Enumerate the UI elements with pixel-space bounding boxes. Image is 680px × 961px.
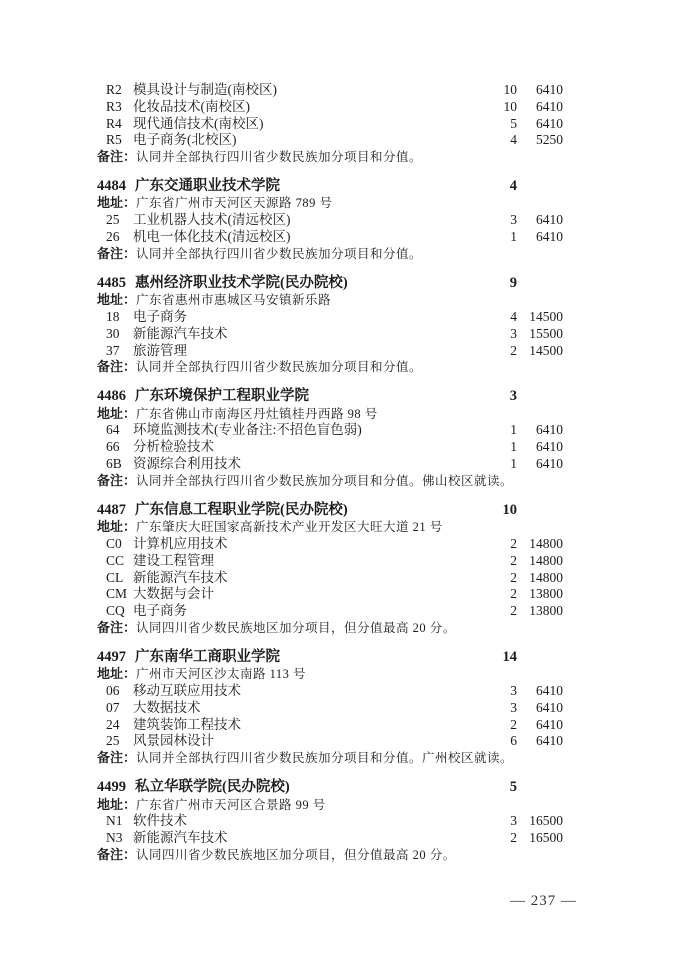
- address-label: 地址：: [97, 797, 136, 814]
- program-name: 旅游管理: [133, 343, 477, 360]
- school-plan-count: 3: [477, 387, 517, 406]
- note-label: 备注：: [97, 847, 136, 864]
- program-row: 66 分析检验技术 1 6410: [97, 439, 563, 456]
- program-plan-count: 4: [477, 132, 517, 149]
- program-plan-count: 10: [477, 99, 517, 116]
- program-plan-count: 10: [477, 82, 517, 99]
- address-value: 广东省广州市天河区天源路 789 号: [136, 195, 563, 212]
- school-plan-count: 14: [477, 648, 517, 667]
- program-rows: 18 电子商务 4 14500 30 新能源汽车技术 3 15500 37 旅游…: [97, 309, 563, 359]
- program-name: 模具设计与制造(南校区): [133, 82, 477, 99]
- program-plan-count: 2: [477, 586, 517, 603]
- address-row: 地址： 广东省惠州市惠城区马安镇新乐路: [97, 292, 563, 309]
- program-plan-count: 3: [477, 683, 517, 700]
- address-value: 广州市天河区沙太南路 113 号: [136, 666, 563, 683]
- school-name: 广东信息工程职业学院(民办院校): [135, 501, 477, 520]
- program-plan-count: 3: [477, 813, 517, 830]
- note-value: 认同并全部执行四川省少数民族加分项目和分值。: [136, 246, 563, 263]
- program-name: 新能源汽车技术: [133, 570, 477, 587]
- program-row: 24 建筑装饰工程技术 2 6410: [97, 717, 563, 734]
- program-name: 环境监测技术(专业备注:不招色盲色弱): [133, 422, 477, 439]
- program-tuition-fee: 14500: [517, 343, 563, 360]
- program-tuition-fee: 14500: [517, 309, 563, 326]
- program-code: 30: [106, 326, 133, 343]
- school-plan-count: 4: [477, 177, 517, 196]
- program-code: N1: [106, 813, 133, 830]
- program-row: 64 环境监测技术(专业备注:不招色盲色弱) 1 6410: [97, 422, 563, 439]
- program-plan-count: 2: [477, 343, 517, 360]
- program-name: 现代通信技术(南校区): [133, 116, 477, 133]
- program-row: 6B 资源综合利用技术 1 6410: [97, 456, 563, 473]
- program-tuition-fee: 6410: [517, 717, 563, 734]
- program-tuition-fee: 15500: [517, 326, 563, 343]
- address-value: 广东省佛山市南海区丹灶镇桂丹西路 98 号: [136, 406, 563, 423]
- program-code: N3: [106, 830, 133, 847]
- program-rows: 64 环境监测技术(专业备注:不招色盲色弱) 1 6410 66 分析检验技术 …: [97, 422, 563, 472]
- program-tuition-fee: 6410: [517, 212, 563, 229]
- continuation-block: R2 模具设计与制造(南校区) 10 6410 R3 化妆品技术(南校区) 10…: [97, 82, 563, 166]
- note-row: 备注： 认同并全部执行四川省少数民族加分项目和分值。佛山校区就读。: [97, 473, 563, 490]
- school-code: 4499: [97, 778, 126, 797]
- program-code: 25: [106, 733, 133, 750]
- program-code: 06: [106, 683, 133, 700]
- program-code: R2: [106, 82, 133, 99]
- program-code: 66: [106, 439, 133, 456]
- program-name: 建设工程管理: [133, 553, 477, 570]
- program-code: 6B: [106, 456, 133, 473]
- school-code: 4485: [97, 274, 126, 293]
- school-plan-count: 10: [477, 501, 517, 520]
- program-tuition-fee: 6410: [517, 82, 563, 99]
- school-section: 4487 广东信息工程职业学院(民办院校) 10 地址： 广东肇庆大旺国家高新技…: [97, 501, 563, 637]
- program-tuition-fee: 6410: [517, 422, 563, 439]
- school-section: 4497 广东南华工商职业学院 14 地址： 广州市天河区沙太南路 113 号 …: [97, 648, 563, 767]
- program-plan-count: 6: [477, 733, 517, 750]
- program-row: 18 电子商务 4 14500: [97, 309, 563, 326]
- program-name: 新能源汽车技术: [133, 830, 477, 847]
- school-section: 4499 私立华联学院(民办院校) 5 地址： 广东省广州市天河区合景路 99 …: [97, 778, 563, 864]
- program-code: 07: [106, 700, 133, 717]
- program-name: 分析检验技术: [133, 439, 477, 456]
- program-name: 机电一体化技术(清远校区): [133, 229, 477, 246]
- program-tuition-fee: 13800: [517, 586, 563, 603]
- program-code: CC: [106, 553, 133, 570]
- program-plan-count: 3: [477, 700, 517, 717]
- program-row: R5 电子商务(北校区) 4 5250: [97, 132, 563, 149]
- program-rows: 25 工业机器人技术(清远校区) 3 6410 26 机电一体化技术(清远校区)…: [97, 212, 563, 246]
- address-label: 地址：: [97, 195, 136, 212]
- program-code: CM: [106, 586, 133, 603]
- school-header-row: 4497 广东南华工商职业学院 14: [97, 648, 563, 667]
- program-row: CC 建设工程管理 2 14800: [97, 553, 563, 570]
- program-code: 37: [106, 343, 133, 360]
- note-label: 备注：: [97, 246, 136, 263]
- program-rows: 06 移动互联应用技术 3 6410 07 大数据技术 3 6410 24 建筑…: [97, 683, 563, 750]
- program-tuition-fee: 6410: [517, 700, 563, 717]
- program-name: 软件技术: [133, 813, 477, 830]
- fee-column-spacer: [517, 274, 563, 293]
- program-plan-count: 1: [477, 456, 517, 473]
- program-tuition-fee: 14800: [517, 570, 563, 587]
- program-code: CL: [106, 570, 133, 587]
- program-plan-count: 1: [477, 439, 517, 456]
- program-code: 24: [106, 717, 133, 734]
- program-tuition-fee: 16500: [517, 813, 563, 830]
- program-row: 25 工业机器人技术(清远校区) 3 6410: [97, 212, 563, 229]
- program-tuition-fee: 14800: [517, 553, 563, 570]
- school-section: 4486 广东环境保护工程职业学院 3 地址： 广东省佛山市南海区丹灶镇桂丹西路…: [97, 387, 563, 489]
- program-row: 07 大数据技术 3 6410: [97, 700, 563, 717]
- program-name: 电子商务: [133, 603, 477, 620]
- address-label: 地址：: [97, 406, 136, 423]
- program-tuition-fee: 6410: [517, 683, 563, 700]
- page-number: — 237 —: [0, 893, 577, 910]
- note-label: 备注：: [97, 473, 136, 490]
- program-row: R2 模具设计与制造(南校区) 10 6410: [97, 82, 563, 99]
- program-rows: R2 模具设计与制造(南校区) 10 6410 R3 化妆品技术(南校区) 10…: [97, 82, 563, 149]
- school-code: 4484: [97, 177, 126, 196]
- program-name: 风景园林设计: [133, 733, 477, 750]
- program-plan-count: 2: [477, 553, 517, 570]
- program-name: 大数据与会计: [133, 586, 477, 603]
- school-name: 广东环境保护工程职业学院: [135, 387, 477, 406]
- program-code: CQ: [106, 603, 133, 620]
- program-code: C0: [106, 536, 133, 553]
- program-tuition-fee: 6410: [517, 439, 563, 456]
- program-name: 电子商务(北校区): [133, 132, 477, 149]
- address-label: 地址：: [97, 666, 136, 683]
- school-plan-count: 5: [477, 778, 517, 797]
- school-section: 4485 惠州经济职业技术学院(民办院校) 9 地址： 广东省惠州市惠城区马安镇…: [97, 274, 563, 376]
- address-row: 地址： 广东省广州市天河区合景路 99 号: [97, 797, 563, 814]
- note-row: 备注： 认同并全部执行四川省少数民族加分项目和分值。: [97, 149, 563, 166]
- program-name: 计算机应用技术: [133, 536, 477, 553]
- school-name: 广东南华工商职业学院: [135, 648, 477, 667]
- program-row: R3 化妆品技术(南校区) 10 6410: [97, 99, 563, 116]
- program-rows: N1 软件技术 3 16500 N3 新能源汽车技术 2 16500: [97, 813, 563, 847]
- program-tuition-fee: 6410: [517, 116, 563, 133]
- school-name: 私立华联学院(民办院校): [135, 778, 477, 797]
- program-tuition-fee: 6410: [517, 99, 563, 116]
- note-label: 备注：: [97, 359, 136, 376]
- school-name: 惠州经济职业技术学院(民办院校): [135, 274, 477, 293]
- program-code: 26: [106, 229, 133, 246]
- program-tuition-fee: 16500: [517, 830, 563, 847]
- program-row: CL 新能源汽车技术 2 14800: [97, 570, 563, 587]
- program-name: 移动互联应用技术: [133, 683, 477, 700]
- program-name: 大数据技术: [133, 700, 477, 717]
- note-row: 备注： 认同四川省少数民族地区加分项目，但分值最高 20 分。: [97, 620, 563, 637]
- note-value: 认同四川省少数民族地区加分项目，但分值最高 20 分。: [136, 847, 563, 864]
- program-row: 26 机电一体化技术(清远校区) 1 6410: [97, 229, 563, 246]
- program-code: 18: [106, 309, 133, 326]
- school-header-row: 4499 私立华联学院(民办院校) 5: [97, 778, 563, 797]
- program-plan-count: 2: [477, 830, 517, 847]
- program-plan-count: 3: [477, 326, 517, 343]
- program-rows: C0 计算机应用技术 2 14800 CC 建设工程管理 2 14800 CL …: [97, 536, 563, 620]
- address-row: 地址： 广州市天河区沙太南路 113 号: [97, 666, 563, 683]
- program-plan-count: 2: [477, 570, 517, 587]
- note-value: 认同并全部执行四川省少数民族加分项目和分值。: [136, 149, 563, 166]
- program-tuition-fee: 6410: [517, 733, 563, 750]
- program-plan-count: 2: [477, 603, 517, 620]
- program-code: R4: [106, 116, 133, 133]
- program-tuition-fee: 14800: [517, 536, 563, 553]
- program-row: N3 新能源汽车技术 2 16500: [97, 830, 563, 847]
- program-code: R5: [106, 132, 133, 149]
- note-label: 备注：: [97, 750, 136, 767]
- program-row: 37 旅游管理 2 14500: [97, 343, 563, 360]
- fee-column-spacer: [517, 387, 563, 406]
- school-header-row: 4487 广东信息工程职业学院(民办院校) 10: [97, 501, 563, 520]
- address-label: 地址：: [97, 519, 136, 536]
- program-plan-count: 5: [477, 116, 517, 133]
- program-name: 工业机器人技术(清远校区): [133, 212, 477, 229]
- note-value: 认同并全部执行四川省少数民族加分项目和分值。: [136, 359, 563, 376]
- program-row: CQ 电子商务 2 13800: [97, 603, 563, 620]
- address-row: 地址： 广东省广州市天河区天源路 789 号: [97, 195, 563, 212]
- program-plan-count: 4: [477, 309, 517, 326]
- program-plan-count: 1: [477, 422, 517, 439]
- program-plan-count: 2: [477, 717, 517, 734]
- school-header-row: 4485 惠州经济职业技术学院(民办院校) 9: [97, 274, 563, 293]
- program-row: CM 大数据与会计 2 13800: [97, 586, 563, 603]
- program-code: 25: [106, 212, 133, 229]
- school-code: 4497: [97, 648, 126, 667]
- program-tuition-fee: 5250: [517, 132, 563, 149]
- document-page: R2 模具设计与制造(南校区) 10 6410 R3 化妆品技术(南校区) 10…: [0, 0, 680, 961]
- school-header-row: 4486 广东环境保护工程职业学院 3: [97, 387, 563, 406]
- school-sections: 4484 广东交通职业技术学院 4 地址： 广东省广州市天河区天源路 789 号…: [97, 177, 563, 864]
- page-content: R2 模具设计与制造(南校区) 10 6410 R3 化妆品技术(南校区) 10…: [97, 82, 563, 864]
- program-row: 25 风景园林设计 6 6410: [97, 733, 563, 750]
- school-header-row: 4484 广东交通职业技术学院 4: [97, 177, 563, 196]
- note-label: 备注：: [97, 620, 136, 637]
- program-name: 化妆品技术(南校区): [133, 99, 477, 116]
- address-value: 广东省广州市天河区合景路 99 号: [136, 797, 563, 814]
- program-row: R4 现代通信技术(南校区) 5 6410: [97, 116, 563, 133]
- address-label: 地址：: [97, 292, 136, 309]
- address-row: 地址： 广东肇庆大旺国家高新技术产业开发区大旺大道 21 号: [97, 519, 563, 536]
- program-row: 06 移动互联应用技术 3 6410: [97, 683, 563, 700]
- address-value: 广东省惠州市惠城区马安镇新乐路: [136, 292, 563, 309]
- note-row: 备注： 认同并全部执行四川省少数民族加分项目和分值。: [97, 359, 563, 376]
- school-code: 4486: [97, 387, 126, 406]
- note-value: 认同四川省少数民族地区加分项目，但分值最高 20 分。: [136, 620, 563, 637]
- program-tuition-fee: 13800: [517, 603, 563, 620]
- school-section: 4484 广东交通职业技术学院 4 地址： 广东省广州市天河区天源路 789 号…: [97, 177, 563, 263]
- school-name: 广东交通职业技术学院: [135, 177, 477, 196]
- program-name: 新能源汽车技术: [133, 326, 477, 343]
- program-row: 30 新能源汽车技术 3 15500: [97, 326, 563, 343]
- address-value: 广东肇庆大旺国家高新技术产业开发区大旺大道 21 号: [136, 519, 563, 536]
- program-plan-count: 1: [477, 229, 517, 246]
- program-plan-count: 3: [477, 212, 517, 229]
- program-code: 64: [106, 422, 133, 439]
- note-row: 备注： 认同并全部执行四川省少数民族加分项目和分值。: [97, 246, 563, 263]
- program-plan-count: 2: [477, 536, 517, 553]
- program-name: 建筑装饰工程技术: [133, 717, 477, 734]
- fee-column-spacer: [517, 501, 563, 520]
- school-plan-count: 9: [477, 274, 517, 293]
- fee-column-spacer: [517, 778, 563, 797]
- school-code: 4487: [97, 501, 126, 520]
- note-value: 认同并全部执行四川省少数民族加分项目和分值。广州校区就读。: [136, 750, 563, 767]
- address-row: 地址： 广东省佛山市南海区丹灶镇桂丹西路 98 号: [97, 406, 563, 423]
- note-row: 备注： 认同四川省少数民族地区加分项目，但分值最高 20 分。: [97, 847, 563, 864]
- program-row: C0 计算机应用技术 2 14800: [97, 536, 563, 553]
- program-name: 电子商务: [133, 309, 477, 326]
- note-row: 备注： 认同并全部执行四川省少数民族加分项目和分值。广州校区就读。: [97, 750, 563, 767]
- program-code: R3: [106, 99, 133, 116]
- note-value: 认同并全部执行四川省少数民族加分项目和分值。佛山校区就读。: [136, 473, 563, 490]
- program-name: 资源综合利用技术: [133, 456, 477, 473]
- note-label: 备注：: [97, 149, 136, 166]
- program-tuition-fee: 6410: [517, 229, 563, 246]
- program-tuition-fee: 6410: [517, 456, 563, 473]
- fee-column-spacer: [517, 648, 563, 667]
- fee-column-spacer: [517, 177, 563, 196]
- program-row: N1 软件技术 3 16500: [97, 813, 563, 830]
